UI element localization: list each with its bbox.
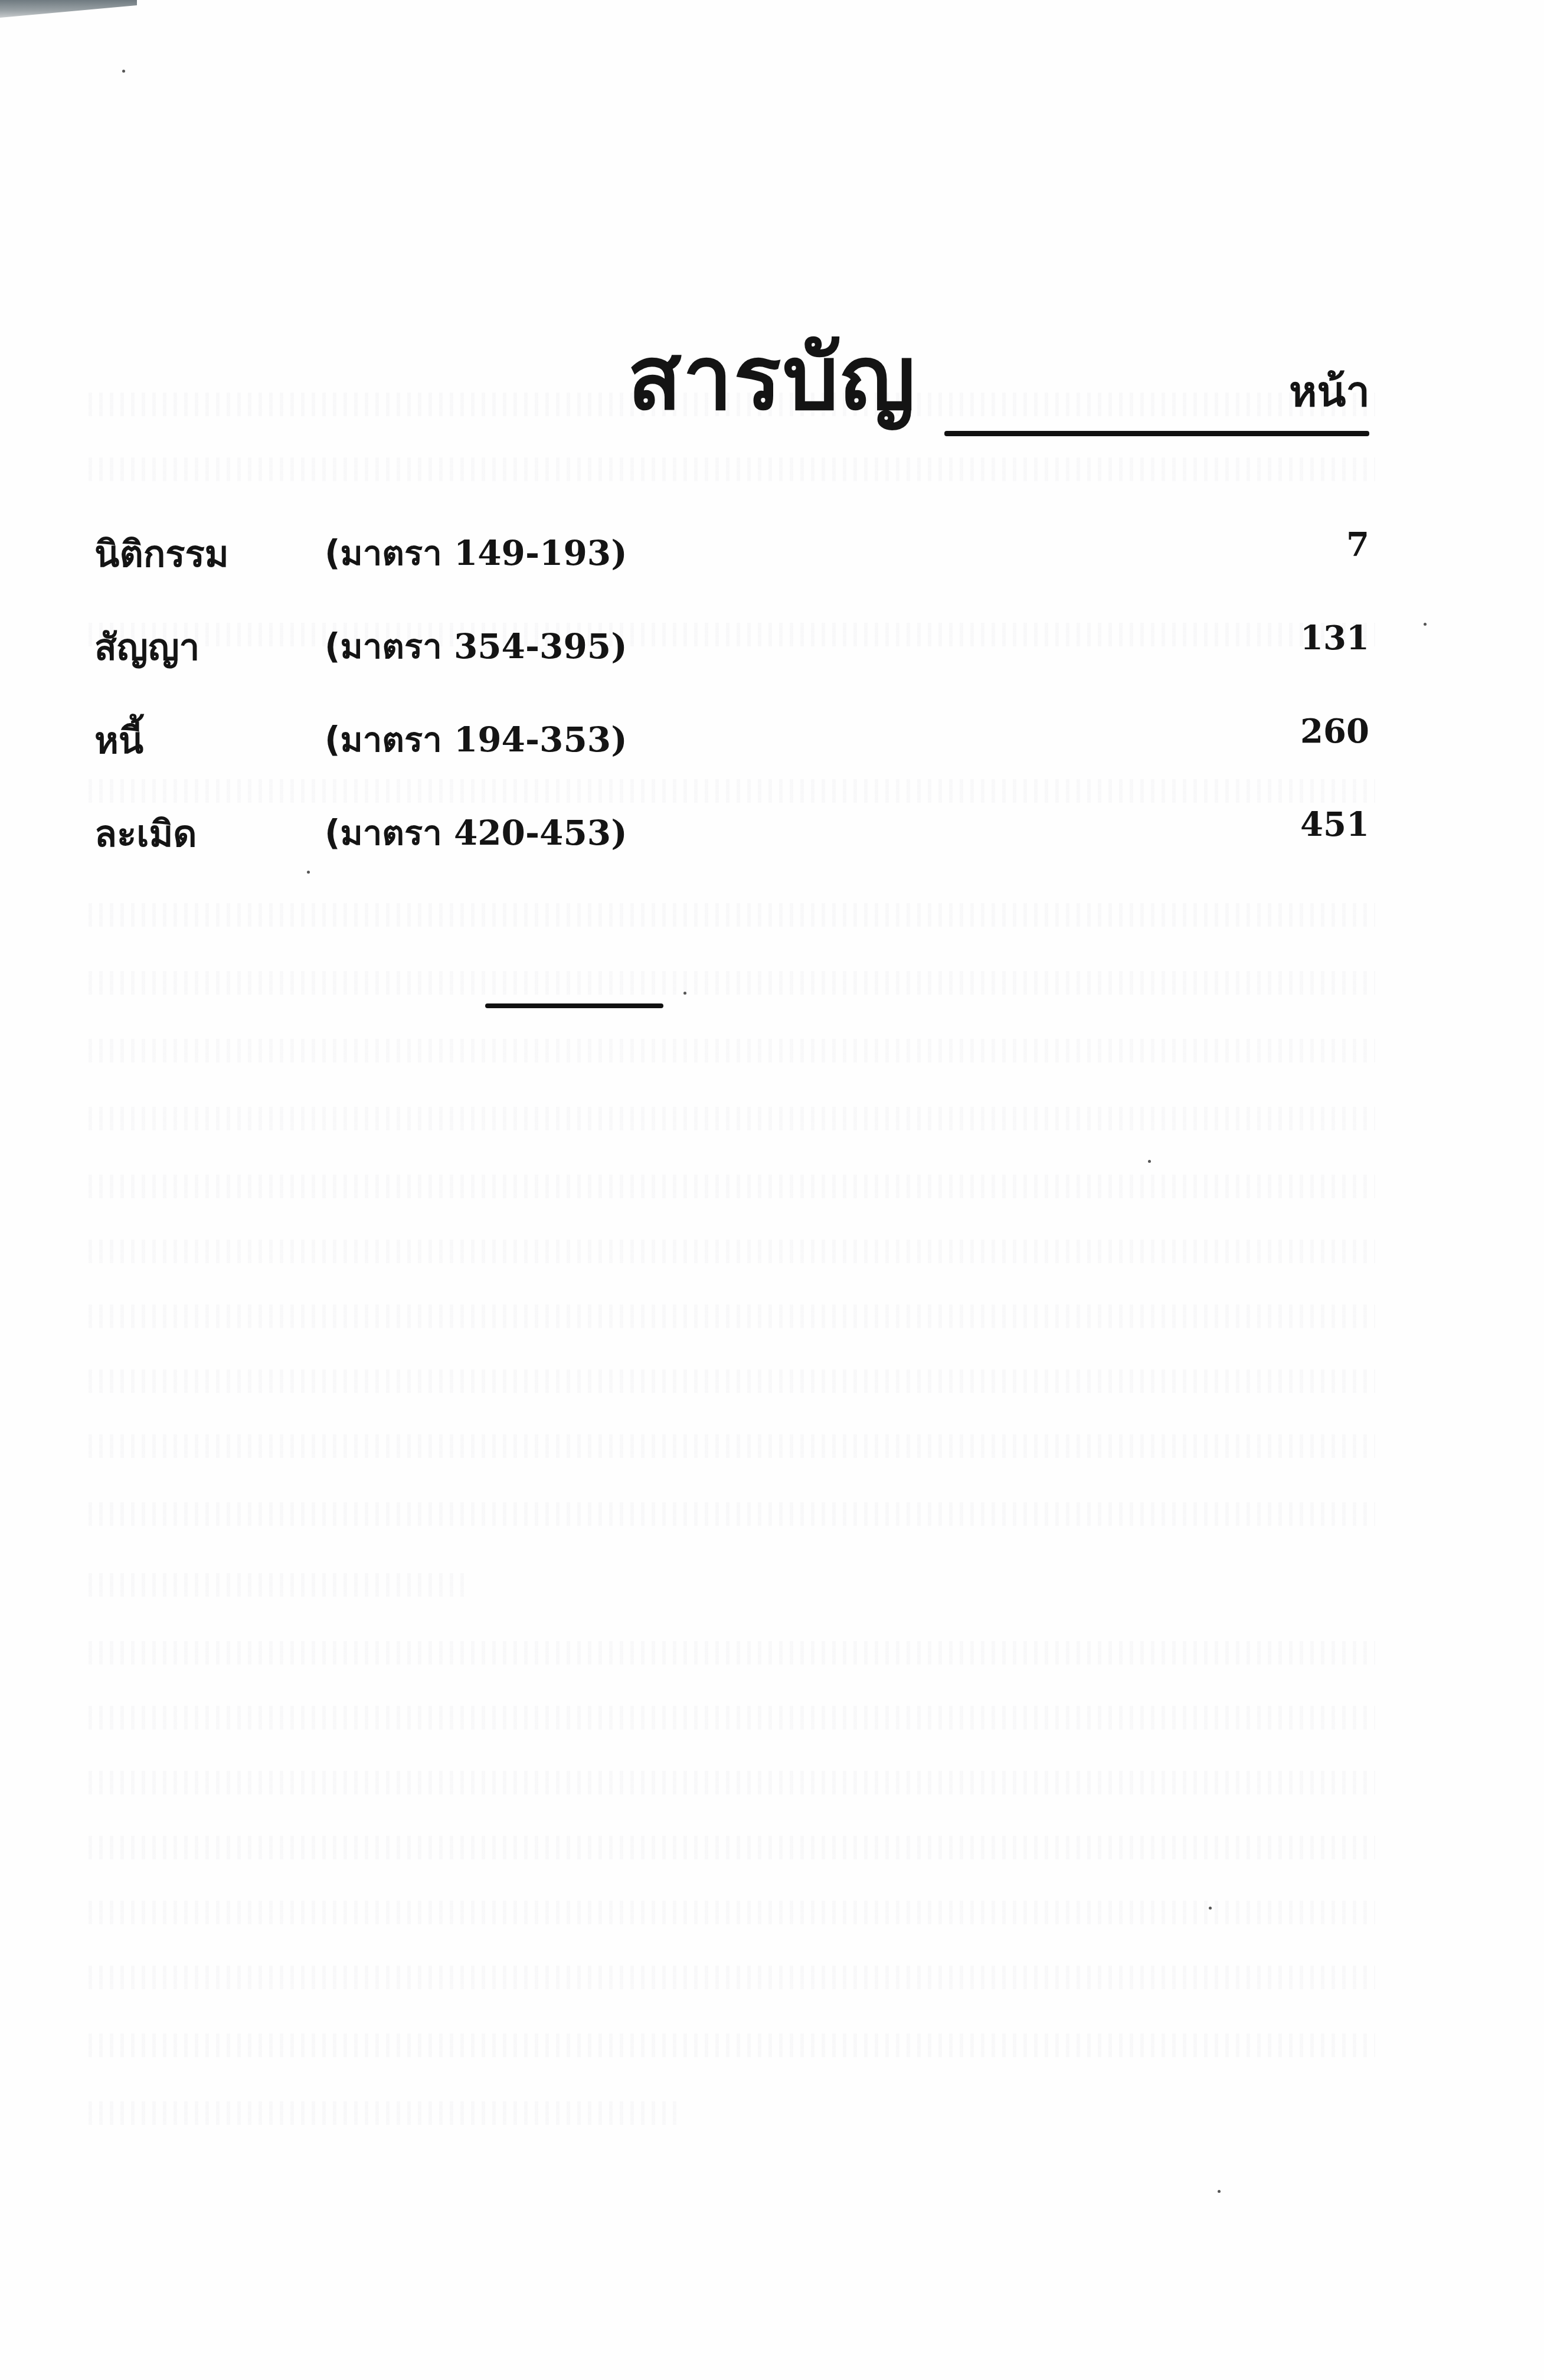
toc-entry-title: ละเมิด: [94, 805, 325, 863]
scan-speck: [122, 70, 125, 73]
toc-entry-range: (มาตรา 149-193): [325, 525, 627, 580]
toc-entry[interactable]: นิติกรรม (มาตรา 149-193) 7: [94, 525, 1369, 619]
bleed-through-line: [89, 1107, 1375, 1130]
document-page: สารบัญ หน้า นิติกรรม (มาตรา 149-193) 7 ส…: [0, 0, 1544, 2380]
scan-speck: [683, 992, 686, 995]
bleed-through-line: [89, 1502, 1375, 1526]
scan-speck: [1148, 1160, 1151, 1163]
bleed-through-line: [89, 1771, 1375, 1794]
toc-entry-range: (มาตรา 354-395): [325, 619, 627, 674]
bleed-through-line: [89, 457, 1375, 481]
toc-entry-title: นิติกรรม: [94, 525, 325, 583]
toc-entry[interactable]: หนี้ (มาตรา 194-353) 260: [94, 712, 1369, 805]
table-of-contents: นิติกรรม (มาตรา 149-193) 7 สัญญา (มาตรา …: [94, 525, 1369, 898]
bleed-through-line: [89, 1175, 1375, 1198]
page-column-header: หน้า: [1289, 357, 1370, 425]
section-separator: [485, 1003, 663, 1008]
bleed-through-line: [89, 1966, 1375, 1989]
toc-entry-page: 7: [1346, 525, 1369, 564]
bleed-through-line: [89, 1641, 1375, 1665]
scan-speck: [307, 871, 310, 874]
toc-entry[interactable]: ละเมิด (มาตรา 420-453) 451: [94, 805, 1369, 898]
header-underline: [944, 431, 1369, 436]
scan-speck: [1424, 623, 1427, 626]
toc-entry-page: 451: [1300, 805, 1369, 844]
toc-entry-title: หนี้: [94, 712, 325, 770]
bleed-through-line: [89, 971, 1375, 995]
bleed-through-line: [89, 1369, 1375, 1393]
bleed-through-line: [89, 2101, 679, 2125]
scan-speck: [1209, 1907, 1212, 1910]
bleed-through-line: [89, 1240, 1375, 1263]
toc-entry-page: 131: [1300, 619, 1369, 658]
bleed-through-line: [89, 1706, 1375, 1730]
scan-speck: [1218, 2190, 1221, 2193]
bleed-through-line: [89, 1836, 1375, 1859]
toc-entry-page: 260: [1300, 712, 1369, 751]
toc-entry-title: สัญญา: [94, 619, 325, 676]
toc-entry-range: (มาตรา 420-453): [325, 805, 627, 860]
bleed-through-line: [89, 1039, 1375, 1062]
bleed-through-line: [89, 1901, 1375, 1924]
scan-corner-shadow: [0, 0, 137, 18]
bleed-through-line: [89, 903, 1375, 927]
bleed-through-line: [89, 1434, 1375, 1458]
bleed-through-line: [89, 2034, 1375, 2057]
toc-entry[interactable]: สัญญา (มาตรา 354-395) 131: [94, 619, 1369, 712]
bleed-through-line: [89, 1305, 1375, 1328]
bleed-through-line: [89, 1573, 466, 1597]
toc-entry-range: (มาตรา 194-353): [325, 712, 627, 767]
